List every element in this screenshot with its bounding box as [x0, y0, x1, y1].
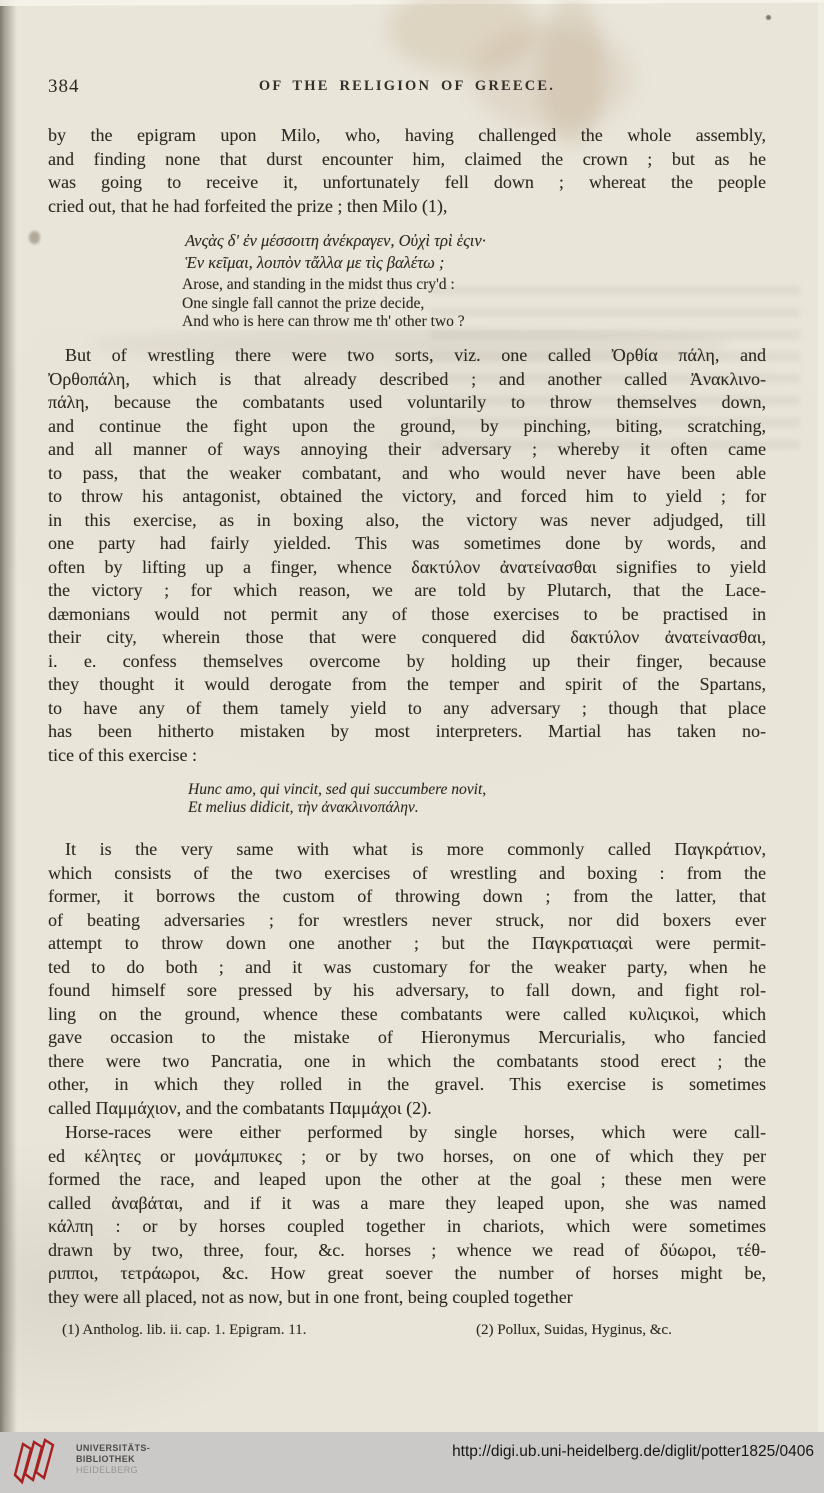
- text-line: and finding none that durst encounter hi…: [48, 148, 766, 172]
- text-line: Ὀρθοπάλη, which is that already describe…: [48, 368, 766, 392]
- text-line: called ἀναβάται, and if it was a mare th…: [48, 1192, 766, 1216]
- para-wrestling: But of wrestling there were two sorts, v…: [48, 344, 766, 767]
- text-line: drawn by two, three, four, &c. horses ; …: [48, 1239, 766, 1263]
- library-name: UNIVERSITÄTS- BIBLIOTHEK HEIDELBERG: [76, 1443, 150, 1476]
- text-line: ling on the ground, whence these combata…: [48, 1003, 766, 1027]
- text-line: Arose, and standing in the midst thus cr…: [182, 276, 465, 295]
- scanned-page: 384 OF THE RELIGION OF GREECE. by the ep…: [0, 0, 824, 1493]
- page-edge-shadow: [0, 0, 18, 1432]
- paper-smudge: [29, 231, 40, 244]
- text-line: to pass, that the weaker combatant, and …: [48, 462, 766, 486]
- library-name-line1: UNIVERSITÄTS-: [76, 1443, 150, 1454]
- text-line: one party had fairly yielded. This was s…: [48, 532, 766, 556]
- text-line: former, it borrows the custom of throwin…: [48, 885, 766, 909]
- text-line: there were two Pancratia, one in which t…: [48, 1050, 766, 1074]
- page-url: http://digi.ub.uni-heidelberg.de/diglit/…: [452, 1443, 814, 1461]
- para-intro: by the epigram upon Milo, who, having ch…: [48, 124, 766, 218]
- text-line: of beating adversaries ; for wrestlers n…: [48, 909, 766, 933]
- text-line: found himself sore pressed by his advers…: [48, 979, 766, 1003]
- text-line: Horse-races were either performed by sin…: [48, 1121, 766, 1145]
- text-line: cried out, that he had forfeited the pri…: [48, 195, 766, 219]
- verse-greek: Ανςὰς δ' ἐν μέσσοιτη ἀνέκραγεν, Οὐχὶ τρὶ…: [185, 230, 486, 274]
- text-line: Ἑν κεῖμαι, λοιπὸν τἄλλα με τὶς βαλέτω ;: [185, 252, 486, 274]
- text-line: And who is here can throw me th' other t…: [182, 313, 465, 332]
- text-line: κάλπη : or by horses coupled together in…: [48, 1215, 766, 1239]
- text-line: they were all placed, not as now, but in…: [48, 1286, 766, 1310]
- text-line: and continue the fight upon the ground, …: [48, 415, 766, 439]
- text-column: by the epigram upon Milo, who, having ch…: [48, 0, 766, 1432]
- text-line: other, in which they rolled in the grave…: [48, 1073, 766, 1097]
- text-line: One single fall cannot the prize decide,: [182, 295, 465, 314]
- text-line: gave occasion to the mistake of Hieronym…: [48, 1026, 766, 1050]
- text-line: in this exercise, as in boxing also, the…: [48, 509, 766, 533]
- text-line: formed the race, and leaped upon the oth…: [48, 1168, 766, 1192]
- university-library-logo-icon: [13, 1437, 69, 1485]
- text-line: ed κέλητες or μονάμπυκες ; or by two hor…: [48, 1145, 766, 1169]
- text-line: ted to do both ; and it was customary fo…: [48, 956, 766, 980]
- text-line: i. e. confess themselves overcome by hol…: [48, 650, 766, 674]
- text-line: to throw his antagonist, obtained the vi…: [48, 485, 766, 509]
- paper-speck: [766, 15, 771, 20]
- text-line: tice of this exercise :: [48, 744, 766, 768]
- text-line: Ανςὰς δ' ἐν μέσσοιτη ἀνέκραγεν, Οὐχὶ τρὶ…: [185, 230, 486, 252]
- para-horse-races: Horse-races were either performed by sin…: [48, 1121, 766, 1309]
- text-line: πάλη, because the combatants used volunt…: [48, 391, 766, 415]
- text-line: which consists of the two exercises of w…: [48, 862, 766, 886]
- text-line: But of wrestling there were two sorts, v…: [48, 344, 766, 368]
- verse-english: Arose, and standing in the midst thus cr…: [182, 276, 465, 332]
- text-line: Et melius didicit, τὴν ἀνακλινοπάλην.: [188, 799, 486, 817]
- text-line: Hunc amo, qui vincit, sed qui succumbere…: [188, 781, 486, 799]
- text-line: was going to receive it, unfortunately f…: [48, 171, 766, 195]
- text-line: to have any of them tamely yield to any …: [48, 697, 766, 721]
- text-line: dæmonians would not permit any of those …: [48, 603, 766, 627]
- verse-latin: Hunc amo, qui vincit, sed qui succumbere…: [188, 781, 486, 817]
- text-line: It is the very same with what is more co…: [48, 838, 766, 862]
- text-line: ριπποι, τετράωροι, &c. How great soever …: [48, 1262, 766, 1286]
- footnote-1: (1) Antholog. lib. ii. cap. 1. Epigram. …: [62, 1322, 306, 1339]
- library-name-line2: BIBLIOTHEK: [76, 1454, 150, 1465]
- text-line: often by lifting up a finger, whence δακ…: [48, 556, 766, 580]
- para-pancratium: It is the very same with what is more co…: [48, 838, 766, 1120]
- text-line: the victory ; for which reason, we are t…: [48, 579, 766, 603]
- text-line: and all manner of ways annoying their ad…: [48, 438, 766, 462]
- text-line: their city, wherein those that were conq…: [48, 626, 766, 650]
- library-footer-bar: UNIVERSITÄTS- BIBLIOTHEK HEIDELBERG http…: [0, 1432, 824, 1493]
- text-line: by the epigram upon Milo, who, having ch…: [48, 124, 766, 148]
- text-line: they thought it would derogate from the …: [48, 673, 766, 697]
- footnote-2: (2) Pollux, Suidas, Hyginus, &c.: [476, 1322, 672, 1339]
- text-line: called Παμμάχιον, and the combatants Παμ…: [48, 1097, 766, 1121]
- text-line: has been hitherto mistaken by most inter…: [48, 720, 766, 744]
- page-edge-light: [818, 0, 824, 1432]
- library-name-line3: HEIDELBERG: [76, 1465, 150, 1476]
- text-line: attempt to throw down one another ; but …: [48, 932, 766, 956]
